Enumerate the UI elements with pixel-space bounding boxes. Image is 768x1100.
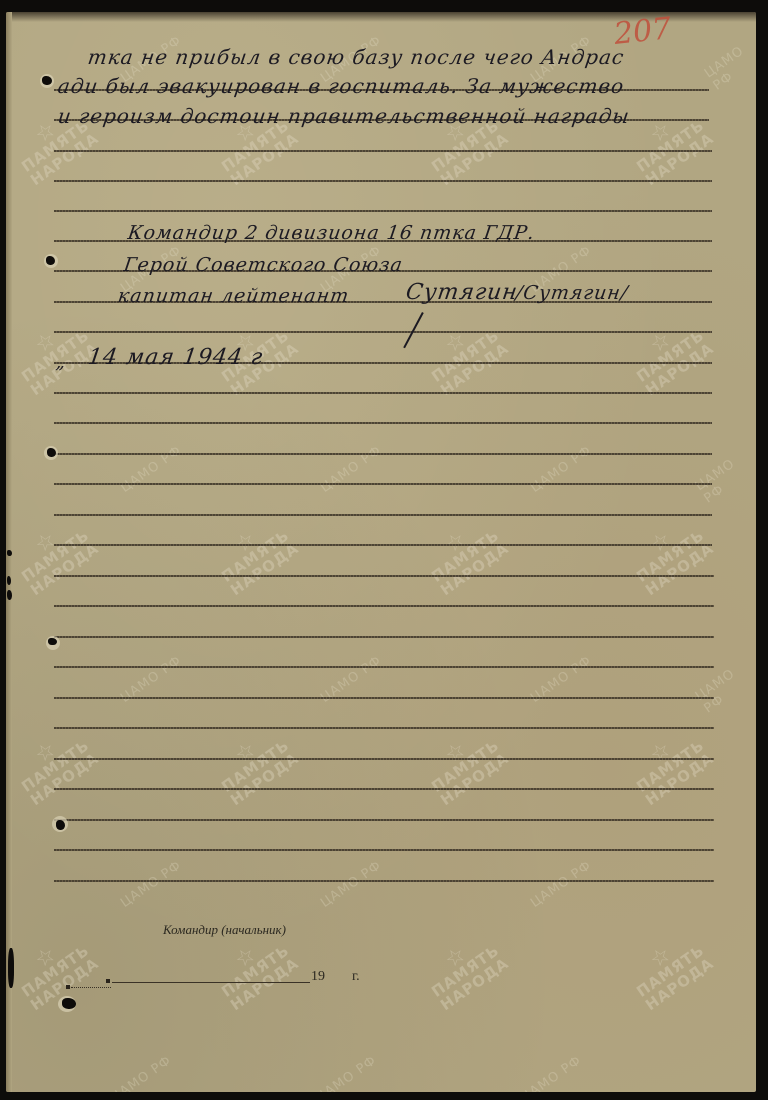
watermark-pamyat-naroda: ☆ПАМЯТЬНАРОДА [9, 929, 101, 1014]
watermark-tsamo: ЦАМО РФ [313, 1053, 379, 1092]
ruled-line [54, 514, 712, 516]
watermark-text: НАРОДА [437, 539, 512, 599]
handwritten-line-3: и героизм достоин правительственной нагр… [56, 104, 631, 128]
watermark-text: НАРОДА [227, 954, 302, 1014]
star-icon: ☆ [624, 104, 698, 162]
signature-stroke [403, 312, 423, 348]
watermark-pamyat-naroda: ☆ПАМЯТЬНАРОДА [209, 724, 301, 809]
ruled-line [54, 636, 714, 638]
watermark-pamyat-naroda: ☆ПАМЯТЬНАРОДА [419, 514, 511, 599]
ruled-line [54, 453, 712, 455]
watermark-tsamo: ЦАМО РФ [702, 40, 756, 93]
watermark-text: НАРОДА [27, 539, 102, 599]
star-icon: ☆ [9, 929, 83, 987]
watermark-tsamo: ЦАМО РФ [518, 1053, 584, 1092]
watermark-tsamo: ЦАМО РФ [318, 443, 384, 496]
watermark-text: ПАМЯТЬ [633, 941, 707, 1001]
binder-hole [62, 998, 76, 1009]
star-icon: ☆ [9, 514, 83, 572]
watermark-text: ПАМЯТЬ [633, 526, 707, 586]
watermark-text: НАРОДА [437, 339, 512, 399]
watermark-text: ПАМЯТЬ [218, 526, 292, 586]
watermark-text: НАРОДА [642, 954, 717, 1014]
ruled-line [54, 392, 712, 394]
binder-hole [56, 820, 65, 830]
watermark-text: ПАМЯТЬ [218, 736, 292, 796]
watermark-text: НАРОДА [227, 539, 302, 599]
edge-damage [8, 948, 14, 988]
star-icon: ☆ [624, 514, 698, 572]
watermark-tsamo: ЦАМО РФ [318, 858, 384, 911]
watermark-text: ПАМЯТЬ [218, 941, 292, 1001]
ruled-line [54, 666, 714, 668]
watermark-text: ПАМЯТЬ [428, 526, 502, 586]
watermark-text: ПАМЯТЬ [633, 326, 707, 386]
watermark-text: ПАМЯТЬ [428, 326, 502, 386]
watermark-text: НАРОДА [642, 339, 717, 399]
watermark-text: ПАМЯТЬ [428, 736, 502, 796]
watermark-text: НАРОДА [642, 539, 717, 599]
date-handwritten: 14 мая 1944 г [86, 345, 265, 370]
star-icon: ☆ [419, 514, 493, 572]
watermark-tsamo: ЦАМО РФ [528, 858, 594, 911]
watermark-pamyat-naroda: ☆ПАМЯТЬНАРОДА [209, 514, 301, 599]
commander-label: Командир (начальник) [163, 922, 286, 938]
watermark-pamyat-naroda: ☆ПАМЯТЬНАРОДА [209, 929, 301, 1014]
watermark-text: ПАМЯТЬ [18, 526, 92, 586]
star-icon: ☆ [419, 929, 493, 987]
signature-block-title: Командир 2 дивизиона 16 птка ГДР. [126, 222, 536, 244]
watermark-pamyat-naroda: ☆ПАМЯТЬНАРОДА [419, 314, 511, 399]
star-icon: ☆ [419, 724, 493, 782]
star-icon: ☆ [209, 514, 283, 572]
watermark-text: ПАМЯТЬ [633, 116, 707, 176]
binder-hole [47, 448, 56, 457]
watermark-pamyat-naroda: ☆ПАМЯТЬНАРОДА [419, 724, 511, 809]
star-icon: ☆ [209, 724, 283, 782]
watermark-tsamo: ЦАМО РФ [118, 443, 184, 496]
watermark-pamyat-naroda: ☆ПАМЯТЬНАРОДА [624, 104, 716, 189]
star-icon: ☆ [9, 724, 83, 782]
date-dotted-line [71, 987, 111, 989]
watermark-text: ПАМЯТЬ [18, 736, 92, 796]
watermark-text: ПАМЯТЬ [428, 941, 502, 1001]
watermark-tsamo: ЦАМО РФ [693, 448, 756, 507]
year-prefix: 19 [311, 969, 325, 985]
ruled-line [54, 180, 712, 182]
handwritten-line-2: ади был эвакуирован в госпиталь. За муже… [56, 74, 626, 98]
ruled-line [54, 727, 714, 729]
ruled-line [54, 331, 712, 333]
watermark-tsamo: ЦАМО РФ [118, 858, 184, 911]
star-icon: ☆ [624, 929, 698, 987]
handwritten-line-1: тка не прибыл в свою базу после чего Анд… [86, 45, 626, 69]
ruled-line [54, 788, 714, 790]
date-quote-mark: „ [55, 352, 68, 373]
ruled-line [54, 210, 712, 212]
watermark-pamyat-naroda: ☆ПАМЯТЬНАРОДА [419, 929, 511, 1014]
ruled-line [54, 544, 712, 546]
watermark-pamyat-naroda: ☆ПАМЯТЬНАРОДА [624, 724, 716, 809]
ruled-line [54, 605, 714, 607]
ruled-line [54, 758, 714, 760]
watermark-pamyat-naroda: ☆ПАМЯТЬНАРОДА [624, 514, 716, 599]
ruled-line [54, 422, 712, 424]
binder-hole [48, 638, 57, 645]
dot-marker [66, 985, 70, 989]
watermark-tsamo: ЦАМО РФ [528, 443, 594, 496]
dot-marker [106, 979, 110, 983]
watermark-pamyat-naroda: ☆ПАМЯТЬНАРОДА [624, 929, 716, 1014]
year-suffix: г. [352, 969, 360, 985]
signatory-name: /Сутягин/ [514, 282, 629, 304]
document-page: ☆ПАМЯТЬНАРОДА ☆ПАМЯТЬНАРОДА ☆ПАМЯТЬНАРОД… [6, 12, 756, 1092]
star-icon: ☆ [624, 724, 698, 782]
ruled-line [54, 483, 712, 485]
binder-hole [42, 76, 52, 85]
ruled-line [54, 849, 714, 851]
ruled-line [54, 819, 714, 821]
edge-damage [7, 576, 11, 585]
watermark-text: НАРОДА [437, 954, 512, 1014]
watermark-pamyat-naroda: ☆ПАМЯТЬНАРОДА [9, 724, 101, 809]
signature-block-position: капитан лейтенант [116, 285, 350, 307]
watermark-text: ПАМЯТЬ [18, 326, 92, 386]
date-underline [112, 982, 310, 983]
watermark-text: ПАМЯТЬ [633, 736, 707, 796]
watermark-pamyat-naroda: ☆ПАМЯТЬНАРОДА [624, 314, 716, 399]
ruled-line [54, 150, 712, 152]
ruled-line [54, 697, 714, 699]
watermark-text: ПАМЯТЬ [18, 941, 92, 1001]
edge-damage [7, 550, 12, 556]
watermark-pamyat-naroda: ☆ПАМЯТЬНАРОДА [9, 514, 101, 599]
ruled-line [54, 575, 714, 577]
edge-damage [7, 590, 12, 600]
signature: Сутягин [404, 280, 519, 305]
binder-hole [46, 256, 55, 265]
ruled-line [54, 880, 714, 882]
signature-block-rank: Герой Советского Союза [122, 254, 404, 276]
watermark-tsamo: ЦАМО РФ [108, 1053, 174, 1092]
